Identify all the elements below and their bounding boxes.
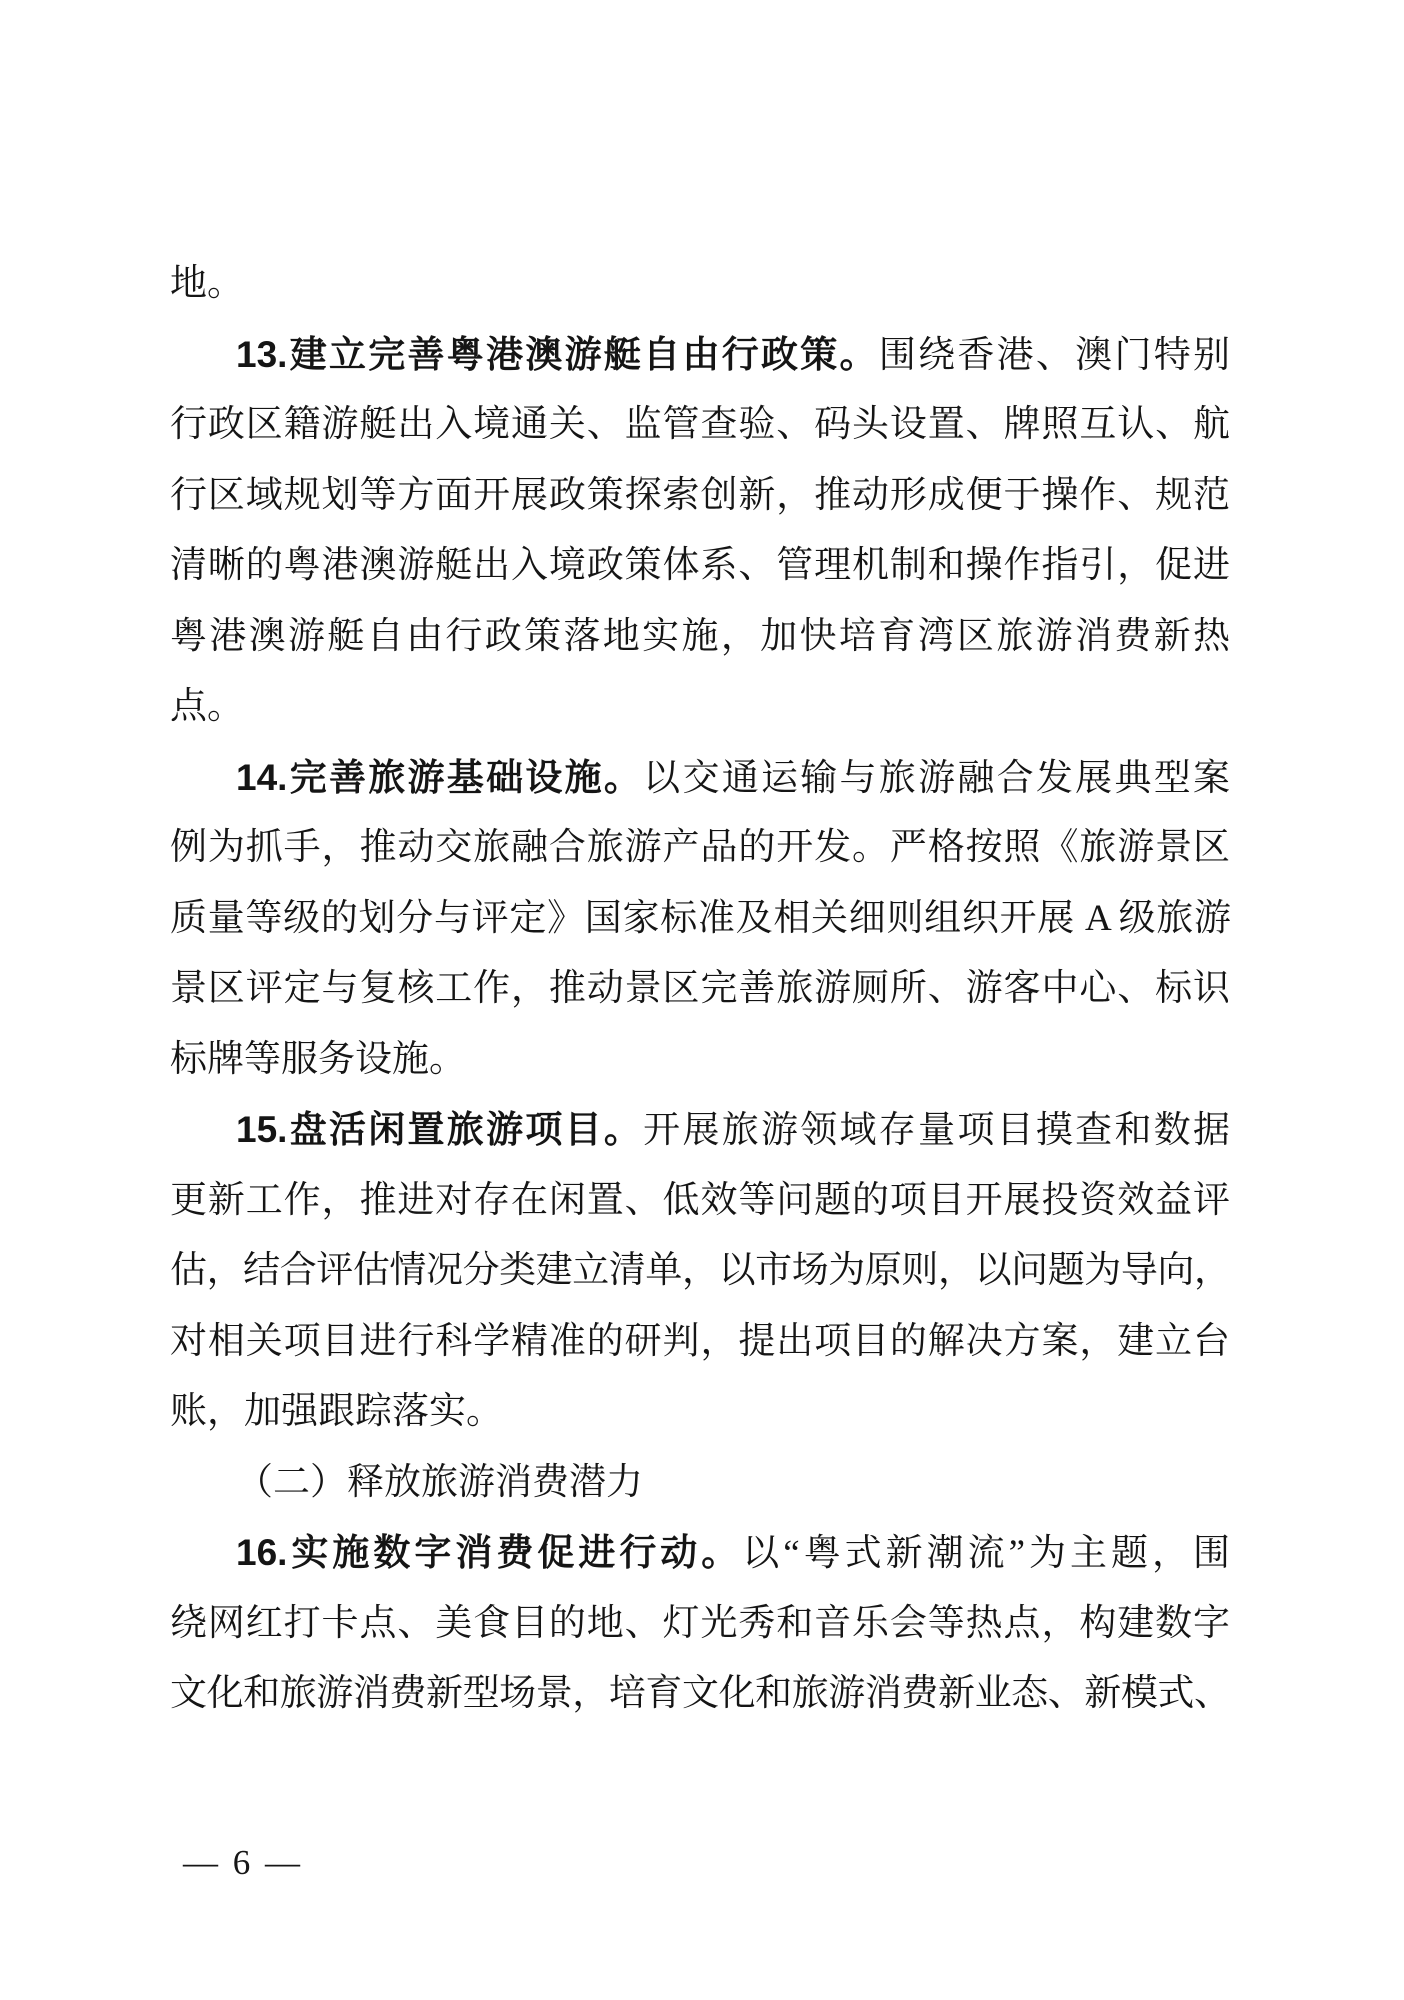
para-14: 14.完善旅游基础设施。以交通运输与旅游融合发展典型案例为抓手，推动交旅融合旅游… [170,743,1230,1096]
para-16: 16.实施数字消费促进行动。以“粤式新潮流”为主题，围绕网红打卡点、美食目的地、… [170,1518,1230,1730]
text-segment: 对相关项目进行科学精准的研判，提出项目的解决方案，建立台 [170,1321,1230,1362]
bold-run: 16.实施数字消费促进行动。 [236,1532,742,1573]
text-line: 14.完善旅游基础设施。以交通运输与旅游融合发展典型案 [170,743,1230,814]
text-segment: 账，加强跟踪落实。 [170,1391,503,1432]
text-line: 估，结合评估情况分类建立清单，以市场为原则，以问题为导向， [170,1236,1230,1307]
text-line: 质量等级的划分与评定》国家标准及相关细则组织开展 A 级旅游 [170,884,1230,955]
text-line: 更新工作，推进对存在闲置、低效等问题的项目开展投资效益评 [170,1166,1230,1237]
text-segment: （二）释放旅游消费潜力 [236,1462,643,1503]
text-segment: 以交通运输与旅游融合发展典型案 [643,758,1230,799]
text-line: 粤港澳游艇自由行政策落地实施，加快培育湾区旅游消费新热 [170,602,1230,673]
text-line: 文化和旅游消费新型场景，培育文化和旅游消费新业态、新模式、 [170,1659,1230,1730]
text-line: 账，加强跟踪落实。 [170,1377,1230,1448]
text-segment: 地。 [170,263,244,304]
text-segment: 更新工作，推进对存在闲置、低效等问题的项目开展投资效益评 [170,1180,1230,1221]
text-segment: 景区评定与复核工作，推动景区完善旅游厕所、游客中心、标识 [170,968,1230,1009]
text-segment: 点。 [170,686,244,727]
text-segment: 例为抓手，推动交旅融合旅游产品的开发。严格按照《旅游景区 [170,827,1230,868]
text-line: 绕网红打卡点、美食目的地、灯光秀和音乐会等热点，构建数字 [170,1589,1230,1660]
bold-run: 13.建立完善粤港澳游艇自由行政策。 [236,334,879,375]
text-segment: 开展旅游领域存量项目摸查和数据 [643,1110,1230,1151]
text-line: （二）释放旅游消费潜力 [170,1448,1230,1519]
text-line: 标牌等服务设施。 [170,1025,1230,1096]
bold-run: 14.完善旅游基础设施。 [236,757,643,798]
text-segment: 标牌等服务设施。 [170,1039,466,1080]
text-line: 例为抓手，推动交旅融合旅游产品的开发。严格按照《旅游景区 [170,813,1230,884]
text-segment: 粤港澳游艇自由行政策落地实施，加快培育湾区旅游消费新热 [170,616,1230,657]
text-line: 行政区籍游艇出入境通关、监管查验、码头设置、牌照互认、航 [170,390,1230,461]
text-segment: 质量等级的划分与评定》国家标准及相关细则组织开展 A 级旅游 [170,898,1230,939]
text-line: 15.盘活闲置旅游项目。开展旅游领域存量项目摸查和数据 [170,1095,1230,1166]
para-12-continuation: 地。 [170,249,1230,320]
text-segment: 清晰的粤港澳游艇出入境政策体系、管理机制和操作指引，促进 [170,545,1230,586]
document-page: 地。13.建立完善粤港澳游艇自由行政策。围绕香港、澳门特别行政区籍游艇出入境通关… [0,0,1404,2000]
text-segment: 行政区籍游艇出入境通关、监管查验、码头设置、牌照互认、航 [170,404,1230,445]
text-segment: 估，结合评估情况分类建立清单，以市场为原则，以问题为导向， [170,1250,1230,1291]
section-heading-2: （二）释放旅游消费潜力 [170,1448,1230,1519]
text-segment: 以“粤式新潮流”为主题，围 [742,1533,1230,1574]
text-segment: 文化和旅游消费新型场景，培育文化和旅游消费新业态、新模式、 [170,1673,1230,1714]
text-line: 点。 [170,672,1230,743]
text-line: 16.实施数字消费促进行动。以“粤式新潮流”为主题，围 [170,1518,1230,1589]
text-line: 对相关项目进行科学精准的研判，提出项目的解决方案，建立台 [170,1307,1230,1378]
text-line: 清晰的粤港澳游艇出入境政策体系、管理机制和操作指引，促进 [170,531,1230,602]
para-15: 15.盘活闲置旅游项目。开展旅游领域存量项目摸查和数据更新工作，推进对存在闲置、… [170,1095,1230,1448]
text-segment: 绕网红打卡点、美食目的地、灯光秀和音乐会等热点，构建数字 [170,1603,1230,1644]
bold-run: 15.盘活闲置旅游项目。 [236,1109,643,1150]
page-number: — 6 — [183,1843,303,1883]
text-line: 地。 [170,249,1230,320]
document-body: 地。13.建立完善粤港澳游艇自由行政策。围绕香港、澳门特别行政区籍游艇出入境通关… [170,249,1230,1730]
para-13: 13.建立完善粤港澳游艇自由行政策。围绕香港、澳门特别行政区籍游艇出入境通关、监… [170,320,1230,743]
text-line: 景区评定与复核工作，推动景区完善旅游厕所、游客中心、标识 [170,954,1230,1025]
text-segment: 围绕香港、澳门特别 [879,335,1230,376]
text-line: 行区域规划等方面开展政策探索创新，推动形成便于操作、规范 [170,461,1230,532]
text-line: 13.建立完善粤港澳游艇自由行政策。围绕香港、澳门特别 [170,320,1230,391]
text-segment: 行区域规划等方面开展政策探索创新，推动形成便于操作、规范 [170,475,1230,516]
